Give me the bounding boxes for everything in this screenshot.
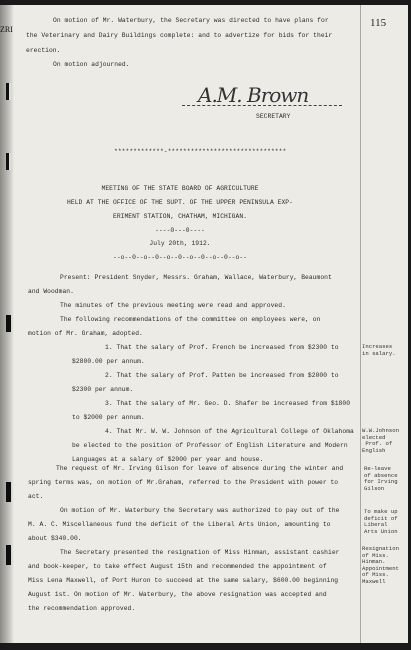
resignation-paragraph: Miss Lena Maxwell, of Port Huron to succ…	[28, 577, 338, 584]
section-separator: *************-**************************…	[114, 148, 286, 155]
deficit-paragraph: On motion of Mr. Waterbury the Secretary…	[60, 507, 340, 514]
present-line: and Woodman.	[28, 288, 74, 295]
page-number: 115	[370, 17, 386, 29]
margin-rule	[360, 5, 361, 643]
opening-line: On motion of Mr. Waterbury, the Secretar…	[53, 17, 329, 24]
margin-note: Increases in salary.	[362, 344, 396, 357]
opening-line: erection.	[26, 47, 60, 54]
deficit-paragraph: about $340.00.	[28, 535, 82, 542]
resignation-paragraph: August 1st. On motion of Mr. Waterbury, …	[28, 591, 327, 598]
meeting-heading: ERIMENT STATION, CHATHAM, MICHIGAN.	[0, 213, 360, 220]
present-line: Present: President Snyder, Messrs. Graha…	[60, 274, 332, 281]
meeting-heading: HELD AT THE OFFICE OF THE SUPT. OF THE U…	[0, 199, 360, 206]
gilson-paragraph: act.	[28, 493, 43, 500]
recommendations-line: motion of Mr. Graham, adopted.	[28, 330, 143, 337]
margin-note: Resignation of Miss. Hinman. Appointment…	[362, 546, 399, 586]
resignation-paragraph: and book-keeper, to take effect August 1…	[28, 563, 327, 570]
minutes-line: The minutes of the previous meeting were…	[60, 302, 286, 309]
signature-line	[182, 105, 342, 106]
resignation-paragraph: The Secretary presented the resignation …	[60, 549, 340, 556]
adjourned-line: On motion adjourned.	[53, 61, 130, 68]
margin-note: To make up deficit of Liberal Arts Union	[364, 509, 398, 535]
deficit-paragraph: M. A. C. Miscellaneous fund the deficit …	[28, 521, 330, 528]
item-4: Languages at a salary of $2000 per year …	[72, 456, 263, 463]
secretary-signature: A.M. Brown	[198, 83, 308, 107]
opening-line: the Veterinary and Dairy Buildings compl…	[26, 32, 332, 39]
heading-divider: --o--0--o--0--o--0--o--0--o--0--o--	[0, 254, 360, 261]
item-3: to $2000 per annum.	[72, 414, 145, 421]
meeting-heading: MEETING OF THE STATE BOARD OF AGRICULTUR…	[0, 185, 360, 192]
item-3: 3. That the salary of Mr. Geo. D. Shafer…	[105, 400, 350, 407]
heading-divider: ----0---0----	[0, 227, 360, 234]
item-2: $2300 per annum.	[72, 386, 133, 393]
item-1: $2800.00 per annum.	[72, 358, 145, 365]
gilson-paragraph: spring terms was, on motion of Mr.Graham…	[28, 479, 338, 486]
item-2: 2. That the salary of Prof. Patten be in…	[105, 372, 339, 379]
punch-hole-mark	[6, 315, 11, 332]
punch-hole-mark	[6, 545, 11, 565]
margin-note: Re-leave of absence for Irving Gilson	[364, 466, 398, 492]
item-4: be elected to the position of Professor …	[72, 442, 348, 449]
margin-note: W.W.Johnson elected Prof. of English	[362, 428, 399, 454]
recommendations-line: The following recommendations of the com…	[60, 316, 320, 323]
item-4: 4. That Mr. W. W. Johnson of the Agricul…	[105, 428, 354, 435]
gilson-paragraph: The request of Mr. Irving Gilson for lea…	[56, 465, 343, 472]
document-page: ZRI 115 On motion of Mr. Waterbury, the …	[0, 5, 408, 643]
signature-title: SECRETARY	[256, 113, 290, 120]
punch-hole-mark	[6, 482, 11, 502]
punch-hole-mark	[6, 153, 11, 170]
corner-mark: ZRI	[0, 25, 13, 34]
punch-hole-mark	[6, 83, 11, 100]
item-1: 1. That the salary of Prof. French be in…	[105, 344, 339, 351]
resignation-paragraph: the recommendation approved.	[28, 605, 135, 612]
meeting-date: July 20th, 1912.	[0, 240, 360, 247]
